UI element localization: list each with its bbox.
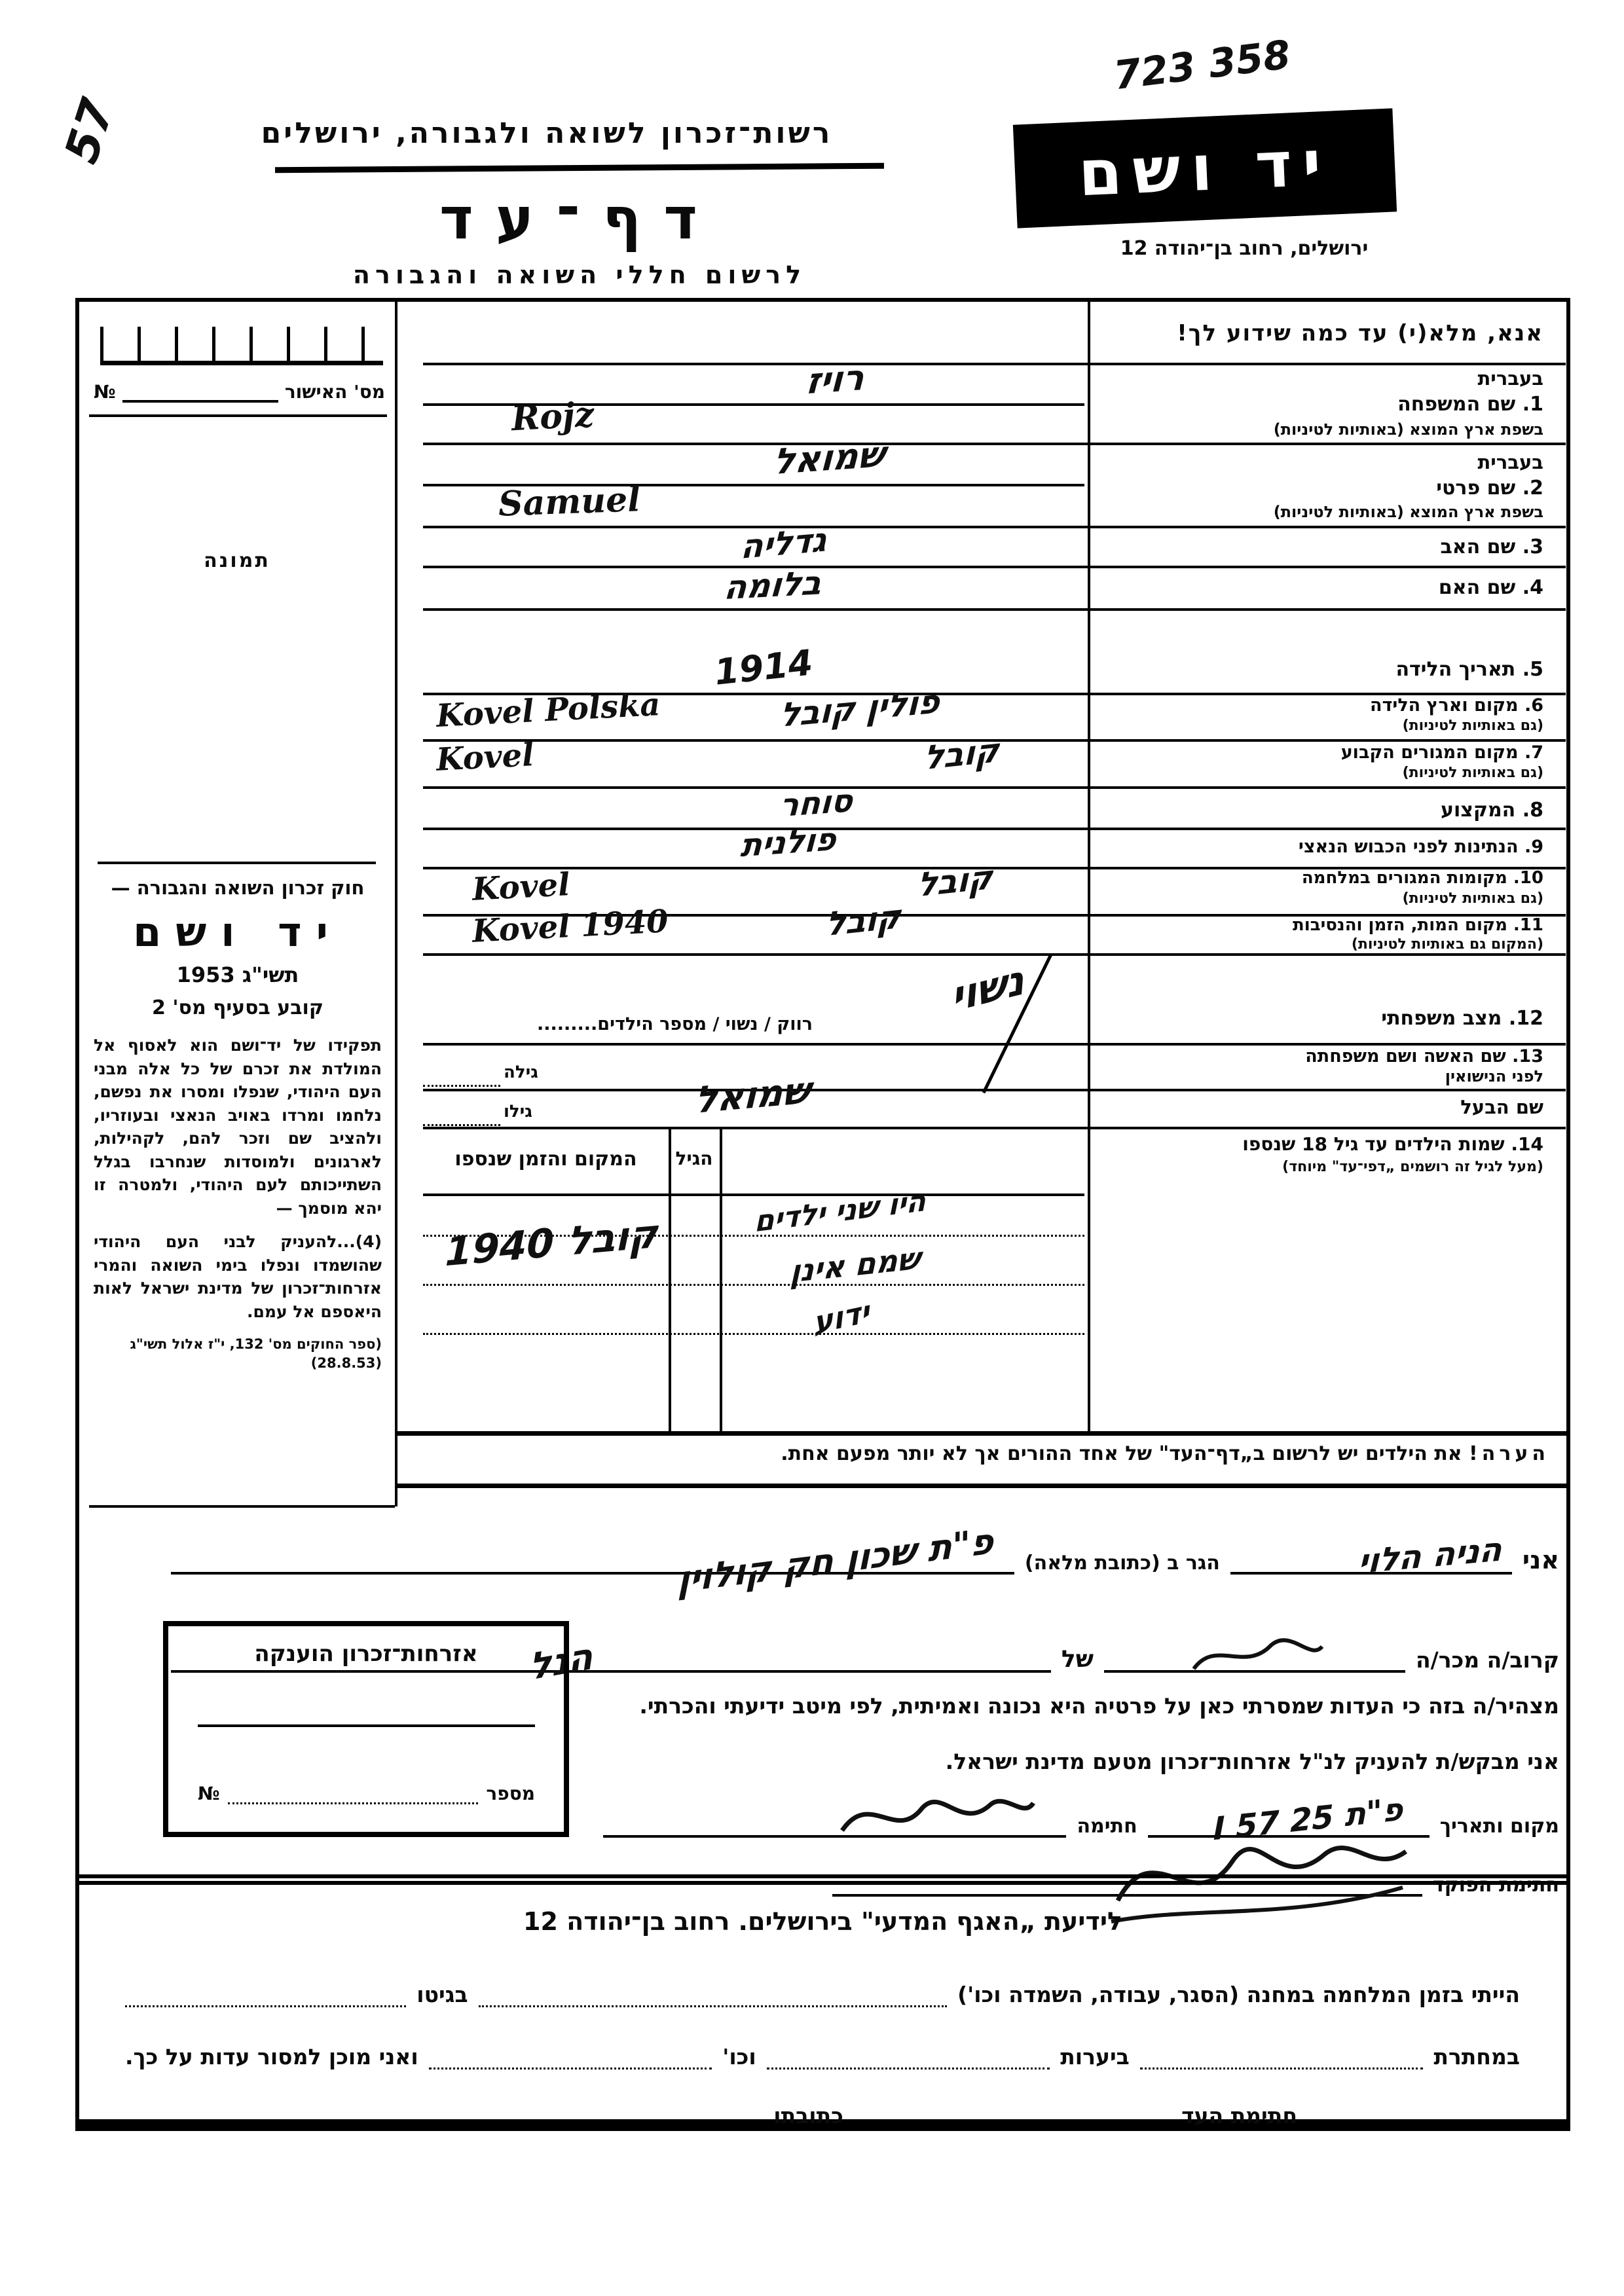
field-label-7: 7. מקום המגורים הקבוע xyxy=(1098,743,1553,763)
hw-death-place-latin: Kovel 1940 xyxy=(471,905,669,947)
place-date-label: מקום ותאריך xyxy=(1440,1815,1559,1838)
hw-citizenship: פולנית xyxy=(739,824,837,862)
form-subtitle: לרשום חללי השואה והגבורה xyxy=(262,261,897,289)
hw-children-place-time: קובל 1940 xyxy=(445,1214,657,1273)
hw-occupation: סוחר xyxy=(779,785,853,822)
law-sidebar: חוק זכרון השואה והגבורה — יד ושם תשי"ג 1… xyxy=(94,877,382,1374)
children-note: הערה! את הילדים יש לרשום ב„דף־העד" של אח… xyxy=(423,1442,1549,1465)
her-age-label: גילה xyxy=(504,1063,538,1082)
photo-placeholder-label: תמונה xyxy=(79,549,395,572)
declaration-statement: מצהיר/ה בזה כי העדות שמסרתי כאן על פרטיה… xyxy=(603,1693,1559,1719)
field-label-11: 11. מקום המות, הזמן והנסיבות xyxy=(1098,916,1553,935)
rule-line xyxy=(423,526,1566,528)
divider-line xyxy=(669,1127,671,1431)
form-title: דף־עד xyxy=(367,185,792,252)
witness-addr-label: כתובתו xyxy=(773,2103,843,2128)
rule-line xyxy=(423,1127,1566,1129)
rule-line xyxy=(423,953,1566,956)
hw-surname-latin: Rojz xyxy=(511,398,595,437)
hw-declarant-address: פ"ת שכון חק קולוין xyxy=(677,1523,993,1598)
rule-line xyxy=(89,414,387,417)
rule-line xyxy=(98,862,376,864)
hw-birthplace-he: פולין קובל xyxy=(779,685,940,732)
org-name: רשות־זכרון לשואה ולגבורה, ירושלים xyxy=(216,117,877,150)
rule-line xyxy=(423,786,1566,789)
hw-residence-latin: Kovel xyxy=(435,739,535,776)
grant-number-label: מספר xyxy=(486,1783,535,1804)
declarant-address-line: פ"ת שכון חק קולוין xyxy=(171,1568,1014,1575)
section-bar xyxy=(395,1431,1566,1436)
field-sub-11: (המקום גם באותיות לטיניות) xyxy=(1098,937,1553,953)
rule-line xyxy=(423,443,1566,445)
field-label-1: 1. שם המשפחה xyxy=(1098,393,1553,415)
blank-line xyxy=(429,2064,712,2069)
declarant-i-label: אני xyxy=(1522,1546,1559,1575)
declarant-address-label: הגר ב (כתובת מלאה) xyxy=(1025,1552,1220,1575)
hw-residence-he: קובל xyxy=(923,734,999,774)
ghetto-label: בגיטו xyxy=(416,1982,468,2007)
field-label-9: 9. הנתינות לפני הכבוש הנאצי xyxy=(1098,837,1553,857)
hw-father-name: גדליה xyxy=(740,523,827,564)
field-label-2: 2. שם פרטי xyxy=(1098,477,1553,499)
his-age-label: גילו xyxy=(504,1102,532,1121)
law-section: קובע בסעיף מס' 2 xyxy=(94,996,382,1019)
declarant-row: אני הניה הלוי הגר ב (כתובת מלאה) פ"ת שכו… xyxy=(171,1527,1559,1575)
memorial-citizenship-box: אזרחות־זכרון הוענקה מספר № xyxy=(163,1621,569,1837)
rule-line xyxy=(89,1505,395,1508)
field-sub-2: בשפת ארץ המוצא (באותיות לטיניות) xyxy=(1098,503,1553,520)
forests-label: ביערות xyxy=(1060,2044,1130,2069)
handwritten-page-number: 57 xyxy=(58,94,121,168)
table-col-age: הגיל xyxy=(669,1148,720,1169)
blank-line xyxy=(767,2064,1050,2069)
hw-declarant-name: הניה הלוי xyxy=(1357,1533,1503,1578)
field-label-4: 4. שם האם xyxy=(1098,577,1553,598)
field-sub-1: בשפת ארץ המוצא (באותיות לטיניות) xyxy=(1098,421,1553,438)
table-col-place: המקום והזמן שנספו xyxy=(423,1148,669,1171)
official-signature-line xyxy=(832,1890,1422,1897)
rule-line xyxy=(423,1124,500,1126)
divider-line xyxy=(395,302,397,1506)
law-year: תשי"ג 1953 xyxy=(94,962,382,987)
rule-line xyxy=(423,363,1566,365)
grant-number-line xyxy=(228,1802,479,1804)
fill-instruction: אנא, מלא(י) עד כמה שידוע לך! xyxy=(1098,321,1553,346)
signature-line xyxy=(603,1831,1066,1838)
rule-line xyxy=(423,1085,500,1087)
hw-mother-name: בלומה xyxy=(723,566,823,604)
declarant-name-line: הניה הלוי xyxy=(1230,1568,1512,1575)
stamp-text: יד ושם xyxy=(1077,126,1333,211)
rule-line xyxy=(423,1043,1566,1046)
grant-number-row: מספר № xyxy=(198,1776,535,1804)
note-title: הערה! xyxy=(1469,1442,1549,1465)
double-rule xyxy=(79,1874,1566,1885)
relation-line xyxy=(1104,1666,1405,1673)
divider-line xyxy=(720,1127,722,1431)
underground-label: במחתרת xyxy=(1433,2044,1520,2069)
blank-line xyxy=(125,2001,406,2007)
law-clause: (4)...להעניק לבני העם היהודי שהושמדו ונפ… xyxy=(94,1230,382,1323)
field-sub-6: (גם באותיות לטיניות) xyxy=(1098,718,1553,734)
blank-line xyxy=(479,2001,947,2007)
witness-signature xyxy=(837,1785,1040,1847)
declaration-request: אני מבקש/ת להעניק לנ"ל אזרחות־זכרון מטעם… xyxy=(603,1749,1559,1774)
note-body: את הילדים יש לרשום ב„דף־העד" של אחד ההור… xyxy=(781,1442,1462,1465)
field-label-13: 13. שם האשה ושם משפחתה xyxy=(1098,1047,1553,1066)
marital-options: רווק / נשוי / מספר הילדים......... xyxy=(446,1014,813,1034)
rule-line xyxy=(423,1284,1084,1286)
rule-line xyxy=(423,608,1566,611)
hw-birth-year: 1914 xyxy=(713,645,815,690)
rule-line xyxy=(423,1194,1084,1196)
rule-line xyxy=(423,566,1566,568)
hw-children-line-2: שמם אינן xyxy=(790,1243,921,1286)
org-underline xyxy=(275,163,884,173)
husband-label: שם הבעל xyxy=(1098,1097,1553,1118)
grant-box-title: אזרחות־זכרון הוענקה xyxy=(168,1641,564,1667)
field-label-12: 12. מצב משפחתי xyxy=(1098,1008,1553,1029)
witness-signature-row: חתימת העד כתובתו xyxy=(446,2089,1297,2128)
rule-line xyxy=(423,1333,1084,1335)
hw-death-place-he: קובל xyxy=(825,900,901,941)
war-camps-row: הייתי בזמן המלחמה במחנה (הסגר, עבודה, הש… xyxy=(125,1968,1520,2007)
scanned-testimony-page: 57 רשות־זכרון לשואה ולגבורה, ירושלים דף־… xyxy=(0,0,1624,2296)
field-sub-10: (גם באותיות לטיניות) xyxy=(1098,891,1553,907)
law-name: יד ושם xyxy=(94,908,382,956)
certificate-number-label: מס' האישור xyxy=(285,381,385,403)
field-label-14: 14. שמות הילדים עד גיל 18 שנספו xyxy=(1098,1135,1553,1155)
field-label-10: 10. מקומות המגורים במלחמה xyxy=(1098,869,1553,888)
hw-war-residence-he: קובל xyxy=(917,861,993,902)
official-signature-row: חתימת הפוקד xyxy=(832,1842,1559,1897)
certificate-number-line xyxy=(122,396,278,403)
war-camps-label: הייתי בזמן המלחמה במחנה (הסגר, עבודה, הש… xyxy=(957,1982,1520,2007)
yad-vashem-stamp: יד ושם xyxy=(1013,108,1397,228)
hebrew-label: בעברית xyxy=(1098,369,1553,390)
ruler-strip xyxy=(100,327,383,365)
hw-children-line-3: ידוע xyxy=(812,1296,870,1338)
testify-label: ואני מוכן למסור עדות על כך. xyxy=(125,2044,418,2069)
field-label-3: 3. שם האב xyxy=(1098,536,1553,558)
org-address: ירושלים, רחוב בן־יהודה 12 xyxy=(969,237,1519,260)
law-intro: חוק זכרון השואה והגבורה — xyxy=(94,877,382,899)
hebrew-label: בעברית xyxy=(1098,452,1553,473)
relation-of-label: של xyxy=(1061,1646,1094,1673)
hw-surname-he: רויז xyxy=(805,360,865,400)
handwritten-file-number: 723 358 xyxy=(1111,35,1293,96)
form-frame: אנא, מלא(י) עד כמה שידוע לך! בעברית 1. ש… xyxy=(75,298,1570,2131)
law-body: תפקידו של יד־ושם הוא לאסוף אל המולדת את … xyxy=(94,1034,382,1220)
hw-husband-name: שמואל xyxy=(694,1072,811,1120)
witness-sig-label: חתימת העד xyxy=(1181,2103,1297,2128)
certificate-number-row: מס' האישור № xyxy=(94,373,385,403)
rule-line xyxy=(198,1724,535,1727)
law-footnote: (ספר החוקים מס' 132, י"ז אלול תשי"ג (28.… xyxy=(94,1335,382,1374)
pen-scribble xyxy=(1186,1633,1330,1679)
blank-line xyxy=(446,2123,763,2128)
number-mark: № xyxy=(94,381,116,403)
field-sub-7: (גם באותיות לטיניות) xyxy=(1098,765,1553,781)
field-label-6: 6. מקום וארץ הלידה xyxy=(1098,696,1553,716)
hw-firstname-he: שמואל xyxy=(772,437,885,480)
field-sub-13: לפני הנישואין xyxy=(1098,1068,1553,1085)
hw-firstname-latin: Samuel xyxy=(498,483,641,522)
field-sub-14: (מעל לגיל זה רושמים „דפי־עד" מיוחד) xyxy=(1098,1159,1553,1175)
field-label-8: 8. המקצוע xyxy=(1098,799,1553,821)
underground-row: במחתרת ביערות וכו' ואני מוכן למסור עדות … xyxy=(125,2030,1520,2069)
relation-label: קרוב/ה מכר/ה xyxy=(1416,1647,1559,1673)
section-bar xyxy=(395,1484,1566,1488)
etc-label: וכו' xyxy=(722,2044,756,2069)
hw-marital-status: נשוי xyxy=(949,959,1025,1018)
field-label-5: 5. תאריך הלידה xyxy=(1098,659,1553,680)
rule-line xyxy=(423,1089,1566,1091)
blank-line xyxy=(854,2123,1171,2128)
bottom-notice: לידיעת „האגף המדעי" בירושלים. רחוב בן־יה… xyxy=(79,1907,1566,1936)
blank-line xyxy=(1140,2064,1424,2069)
hw-war-residence-latin: Kovel xyxy=(471,869,571,905)
number-mark: № xyxy=(198,1783,220,1804)
rule-line xyxy=(423,828,1566,830)
